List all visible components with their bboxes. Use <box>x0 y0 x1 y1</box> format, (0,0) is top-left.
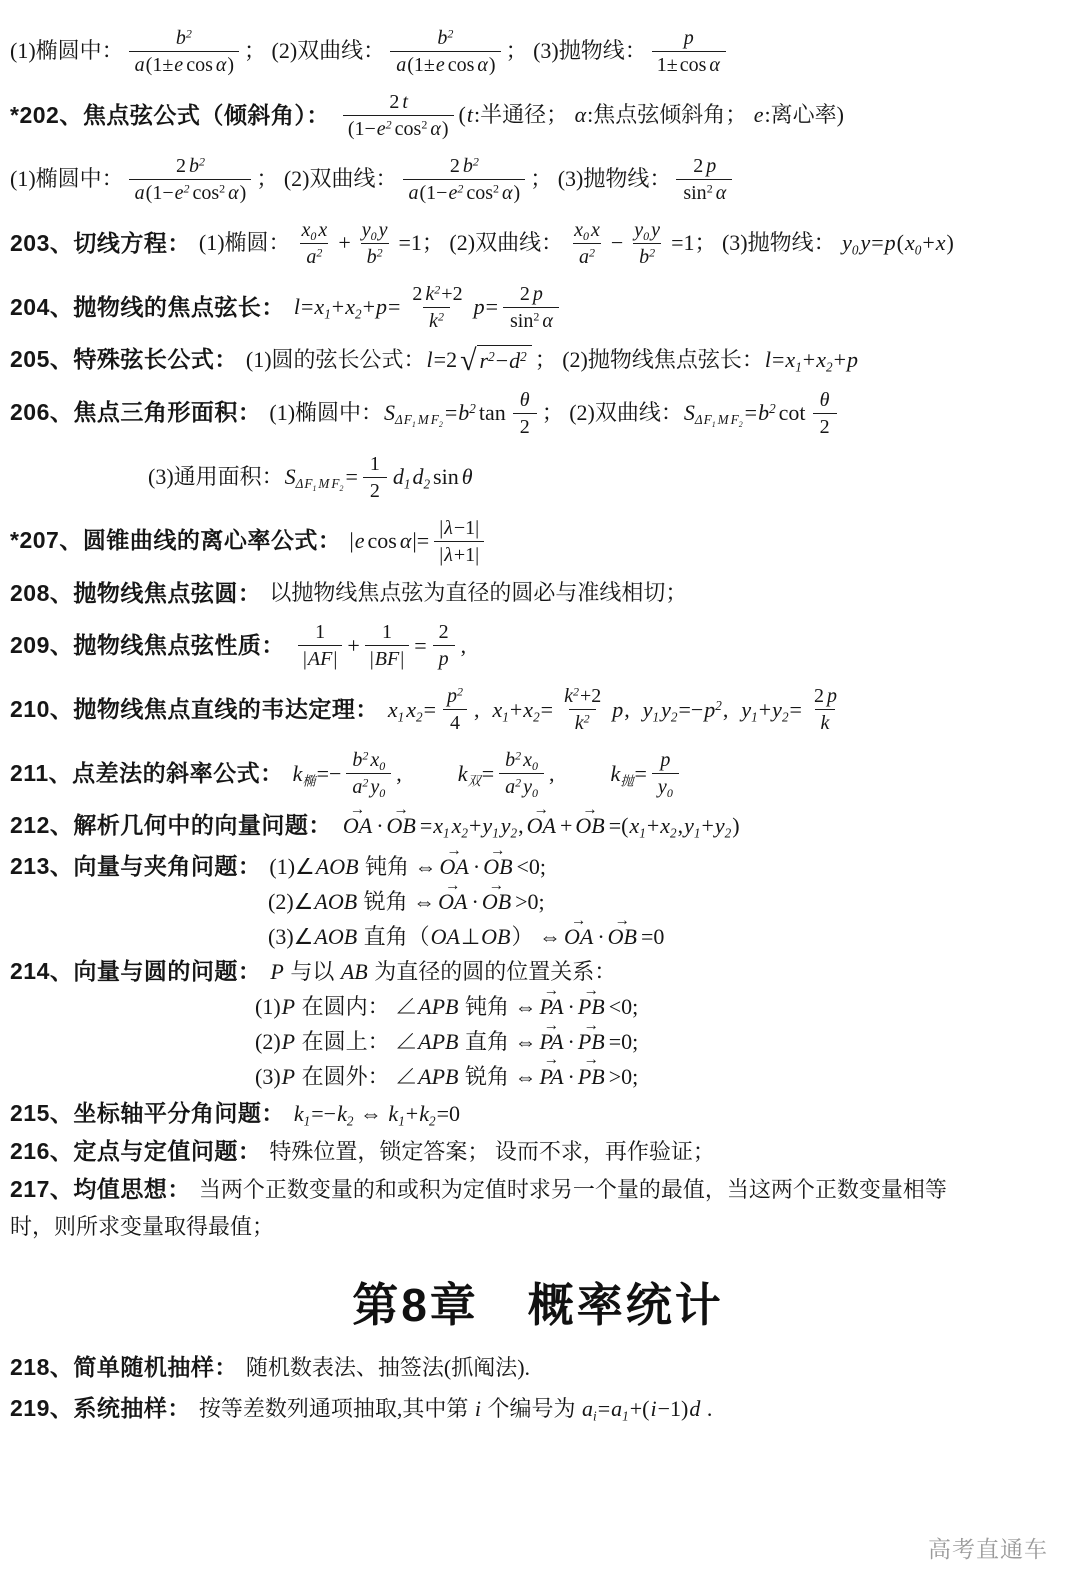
item-label: 208、抛物线焦点弦圆： <box>10 579 261 609</box>
math-operator: cos <box>186 53 213 77</box>
math-variable: b2 <box>639 245 655 269</box>
fraction-denominator: a(1−e2cos2α) <box>403 179 526 206</box>
text-run: +1| <box>454 543 479 567</box>
text-run: 锐角 ⇔ <box>358 888 435 917</box>
item-206-case-3: (3)通用面积：SΔF1MF2=12d1d2sinθ <box>10 451 1066 504</box>
item-label: 203、切线方程： <box>10 229 191 259</box>
text-run: 直角（ <box>358 923 430 952</box>
math-variable: r2 <box>480 347 495 376</box>
math-variable: λ <box>444 543 453 567</box>
text-run: + <box>510 696 522 725</box>
math-variable: y1 <box>684 812 700 841</box>
math-fraction: 2t(1−e2cos2α) <box>343 89 454 142</box>
text-run: Δ <box>695 412 703 427</box>
item-label: *202、焦点弦公式（倾斜角）： <box>10 101 330 131</box>
math-variable: x0 <box>523 748 538 772</box>
math-fraction: b2a(1±ecosα) <box>390 25 500 78</box>
math-variable: a <box>135 53 145 77</box>
math-variable: d <box>689 1395 700 1424</box>
superscript: 2 <box>573 685 579 699</box>
item-label: 212、解析几何中的向量问题： <box>10 811 332 841</box>
text-run: ⊥ <box>461 923 480 952</box>
text-run: :离心率) <box>765 101 844 130</box>
subscript: 双 <box>468 773 481 788</box>
math-variable: p2 <box>704 696 722 725</box>
fraction-numerator: 1 <box>375 619 399 645</box>
item-216: 216、定点与定值问题：特殊位置，锁定答案； 设而不求，再作验证； <box>10 1137 1066 1167</box>
math-variable: k2 <box>575 711 590 735</box>
math-variable: p2 <box>447 684 463 708</box>
math-variable: i <box>650 1395 656 1424</box>
text-run: 个编号为 <box>482 1395 581 1424</box>
superscript: 2 <box>457 685 463 699</box>
text-run: | <box>333 647 337 671</box>
math-operator: 2 <box>814 684 824 708</box>
math-variable: l <box>765 346 771 375</box>
vector-variable: OB <box>482 888 511 917</box>
text-run: · <box>471 888 478 917</box>
text-run: 锐角 ⇔ <box>459 1063 536 1092</box>
math-operator: tan <box>479 399 506 428</box>
text-run: −1| <box>454 516 479 540</box>
math-fraction: y0yb2 <box>356 217 394 270</box>
subscript: 1 <box>312 484 316 493</box>
text-run: (1± <box>146 53 174 77</box>
text-run: = <box>482 760 494 789</box>
vector-variable: OA <box>527 812 556 841</box>
subscript: 1 <box>639 826 646 841</box>
math-fraction: |λ−1||λ+1| <box>434 515 484 568</box>
math-variable: t <box>467 101 473 130</box>
math-operator: 2 <box>520 282 530 306</box>
fraction-numerator: 2p <box>807 683 843 709</box>
superscript: 2 <box>515 749 521 763</box>
text-run: 直角 ⇔ <box>459 1028 536 1057</box>
vector-variable: PA <box>539 1063 563 1092</box>
math-variable: p <box>684 26 694 50</box>
math-variable: b2 <box>758 399 776 428</box>
text-run: +2 <box>580 684 601 708</box>
math-fraction: 2pk <box>807 683 843 736</box>
subscript: 2 <box>347 1113 354 1128</box>
math-operator: sin2 <box>510 309 539 333</box>
text-run: | <box>349 527 353 556</box>
math-variable: y0 <box>634 218 649 242</box>
radicand: r2−d2 <box>477 345 532 376</box>
math-fraction: k2+2k2 <box>558 683 606 736</box>
math-variable: SΔF1MF2 <box>285 463 345 492</box>
superscript: 2 <box>421 117 427 131</box>
math-variable: y1 <box>482 812 498 841</box>
math-operator: 1 <box>382 620 392 644</box>
superscript: 2 <box>707 181 713 195</box>
watermark-text: 高考直通车 <box>928 1531 1048 1564</box>
math-variable: e2 <box>377 117 392 141</box>
math-variable: M <box>418 412 429 427</box>
math-variable: M <box>718 412 729 427</box>
item-213: 213、向量与夹角问题：(1)∠AOB 钝角 ⇔OA·OB<0; <box>10 852 1066 882</box>
superscript: 2 <box>434 282 440 296</box>
text-run: (1)椭圆中： <box>10 37 124 66</box>
math-variable: p <box>474 293 485 322</box>
text-run: (3)∠ <box>268 923 313 952</box>
math-variable: APB <box>418 1028 458 1057</box>
text-run: + <box>560 812 572 841</box>
math-variable: b2 <box>367 245 383 269</box>
math-variable: t <box>402 90 408 114</box>
text-run: (1± <box>407 53 435 77</box>
superscript: 2 <box>457 181 463 195</box>
superscript: 2 <box>715 697 722 712</box>
fraction-denominator: a2y0 <box>499 773 544 800</box>
item-202: *202、焦点弦公式（倾斜角）：2t(1−e2cos2α)(t:半通径； α:焦… <box>10 89 1066 142</box>
fraction-numerator: θ <box>514 387 536 413</box>
text-run: + <box>647 812 659 841</box>
superscript: 2 <box>386 117 392 131</box>
math-fraction: 2p <box>432 619 456 672</box>
fraction-numerator: b2 <box>431 25 459 51</box>
subscript: 0 <box>583 229 589 243</box>
math-variable: α <box>542 309 553 333</box>
text-run: ) <box>489 53 496 77</box>
text-run: (1) <box>255 993 281 1022</box>
text-run: ； (2)双曲线： <box>256 165 397 194</box>
math-operator: 2 <box>176 154 186 178</box>
math-variable: a2 <box>306 245 322 269</box>
math-variable: BF <box>375 647 399 671</box>
subscript: 1 <box>398 1113 405 1128</box>
math-operator: 2 <box>520 415 530 439</box>
text-run: − <box>611 229 623 258</box>
item-205: 205、特殊弦长公式：(1)圆的弦长公式：l=2√r2−d2； (2)抛物线焦点… <box>10 345 1066 376</box>
math-variable: y <box>651 218 660 242</box>
math-variable: OB <box>481 923 510 952</box>
item-219: 219、系统抽样：按等差数列通项抽取,其中第 i 个编号为 ai=a1+(i−1… <box>10 1394 1066 1424</box>
fraction-denominator: k2 <box>569 709 596 736</box>
vector-variable: OA <box>564 923 593 952</box>
fraction-numerator: 2p <box>686 153 722 179</box>
math-operator: sin <box>433 463 459 492</box>
subscript: 1 <box>502 709 509 724</box>
math-variable: y2 <box>772 696 788 725</box>
fraction-denominator: 2 <box>513 413 537 440</box>
text-run: = <box>420 812 432 841</box>
item-217: 217、均值思想：当两个正数变量的和或积为定值时求另一个量的最值，当这两个正数变… <box>10 1175 1066 1205</box>
subscript: 0 <box>667 787 673 801</box>
math-variable: y1 <box>643 696 659 725</box>
math-variable: x1 <box>433 812 449 841</box>
math-variable: APB <box>418 993 458 1022</box>
math-variable: d1 <box>393 463 411 492</box>
math-variable: e <box>174 53 183 77</box>
math-operator: cos2 <box>395 117 428 141</box>
math-variable: y <box>860 229 870 258</box>
text-run: = <box>486 293 498 322</box>
math-fraction: x0xa2 <box>296 217 334 270</box>
text-run: =2 <box>434 346 457 375</box>
math-variable: y2 <box>501 812 517 841</box>
math-fraction: p1±cosα <box>652 25 726 78</box>
fraction-denominator: (1−e2cos2α) <box>343 115 454 142</box>
text-run: (1)∠ <box>269 853 314 882</box>
fraction-denominator: k2 <box>423 307 450 334</box>
item-206: 206、焦点三角形面积：(1)椭圆中：SΔF1MF2=b2tanθ2； (2)双… <box>10 387 1066 440</box>
vector-variable: OA <box>343 812 372 841</box>
math-variable: d2 <box>412 463 430 492</box>
item-214-case-3: (3)P 在圆外： ∠APB 锐角 ⇔PA·PB>0; <box>10 1063 1066 1092</box>
math-operator: cos <box>680 53 707 77</box>
subscript: 椭 <box>302 773 315 788</box>
text-run: · <box>568 1028 575 1057</box>
text-run: |= <box>412 527 429 556</box>
text-run: (1)椭圆中： <box>10 165 124 194</box>
math-variable: x0 <box>905 229 921 258</box>
text-run: ( <box>897 229 904 258</box>
math-variable: k1 <box>388 1100 404 1129</box>
math-variable: x1 <box>388 696 404 725</box>
math-operator: cos2 <box>193 181 226 205</box>
text-run: = <box>598 1395 610 1424</box>
text-run: ( <box>459 101 466 130</box>
text-run: (1)圆的弦长公式： <box>246 346 426 375</box>
fraction-numerator: 2k2+2 <box>405 281 467 307</box>
math-variable: x1 <box>785 346 801 375</box>
math-variable: AF <box>308 647 332 671</box>
math-variable: b2 <box>176 26 192 50</box>
text-run: >0; <box>515 888 545 917</box>
text-run: (3) <box>255 1063 281 1092</box>
math-variable: x0 <box>574 218 589 242</box>
text-run: = <box>635 760 647 789</box>
fraction-denominator: sin2α <box>503 307 559 334</box>
math-variable: k <box>821 711 830 735</box>
superscript: 2 <box>515 776 521 790</box>
math-variable: p <box>706 154 716 178</box>
vector-variable: OB <box>575 812 604 841</box>
text-run: + <box>701 812 713 841</box>
fraction-numerator: x0x <box>296 217 334 243</box>
math-variable: d2 <box>509 347 527 376</box>
math-variable: α <box>228 181 239 205</box>
text-run: + <box>406 1100 418 1129</box>
subscript: 2 <box>670 826 677 841</box>
math-variable: x <box>591 218 600 242</box>
math-fraction: 2psin2α <box>503 281 559 334</box>
text-run: = <box>445 399 457 428</box>
math-variable: F1 <box>404 412 416 427</box>
item-203: 203、切线方程：(1)椭圆：x0xa2+y0yb2=1； (2)双曲线：x0x… <box>10 217 1066 270</box>
fraction-denominator: a2y0 <box>346 773 391 800</box>
chapter-heading: 第8章 概率统计 <box>10 1269 1066 1335</box>
subscript: 2 <box>439 420 443 429</box>
text-run: (1)椭圆： <box>199 229 291 258</box>
math-variable: SΔF1MF2 <box>384 399 444 428</box>
math-variable: k双 <box>458 760 481 789</box>
subscript: 0 <box>852 243 859 258</box>
text-run: 与以 <box>285 958 340 987</box>
text-run: :半通径； <box>474 101 574 130</box>
text-run: − <box>496 347 508 376</box>
fraction-numerator: p <box>654 747 676 773</box>
math-variable: b2 <box>505 748 521 772</box>
math-fraction: 2k2+2k2 <box>405 281 467 334</box>
math-variable: F2 <box>331 476 343 491</box>
item-217-cont: 时，则所求变量取得最值； <box>10 1213 1066 1242</box>
math-variable: e <box>436 53 445 77</box>
math-variable: p <box>660 748 670 772</box>
item-209: 209、抛物线焦点弦性质：1|AF|+1|BF|=2p, <box>10 619 1066 672</box>
fraction-denominator: 4 <box>443 709 467 736</box>
text-run: + <box>347 632 359 661</box>
text-run: =0 <box>437 1100 460 1129</box>
text-run: · <box>473 853 480 882</box>
math-variable: θ <box>520 388 530 412</box>
math-variable: x <box>318 218 327 242</box>
item-label: 209、抛物线焦点弦性质： <box>10 631 285 661</box>
fraction-denominator: 2 <box>363 477 387 504</box>
text-run: (2)∠ <box>268 888 313 917</box>
math-variable: p <box>827 684 837 708</box>
math-variable: y0 <box>362 218 377 242</box>
math-operator: 2 <box>412 282 422 306</box>
math-variable: b2 <box>352 748 368 772</box>
math-variable: x <box>936 229 946 258</box>
text-run: = <box>345 463 357 492</box>
math-variable: x2 <box>345 293 361 322</box>
superscript: 2 <box>649 245 655 259</box>
text-run: 随机数表法、抽签法(抓阄法). <box>246 1354 530 1383</box>
text-run: + <box>922 229 934 258</box>
subscript: ΔF1MF2 <box>695 412 744 427</box>
item-213-case-2: (2)∠AOB 锐角 ⇔OA·OB>0; <box>10 888 1066 917</box>
text-run: ) <box>514 181 521 205</box>
math-variable: l <box>427 346 433 375</box>
text-run: =( <box>609 812 629 841</box>
text-run: + <box>803 346 815 375</box>
math-variable: a <box>409 181 419 205</box>
math-fraction: 2psin2α <box>676 153 732 206</box>
math-variable: k椭 <box>293 760 316 789</box>
math-fraction: x0xa2 <box>568 217 606 270</box>
text-run: = <box>414 632 426 661</box>
spacer <box>402 773 457 774</box>
math-variable: y0 <box>842 229 858 258</box>
fraction-numerator: |λ−1| <box>434 515 484 541</box>
fraction-denominator: a2 <box>573 243 601 270</box>
math-variable: p <box>885 229 896 258</box>
text-run: =0 <box>641 923 664 952</box>
math-operator: 1 <box>370 452 380 476</box>
math-variable: P <box>282 993 295 1022</box>
item-label: 205、特殊弦长公式： <box>10 345 238 375</box>
math-variable: x0 <box>370 748 385 772</box>
subscript: 1 <box>412 420 416 429</box>
superscript: 2 <box>584 712 590 726</box>
item-label: 210、抛物线焦点直线的韦达定理： <box>10 695 379 725</box>
text-run: 在圆外： ∠ <box>296 1063 417 1092</box>
subscript: 2 <box>416 709 423 724</box>
math-variable: e <box>754 101 764 130</box>
math-variable: x1 <box>314 293 330 322</box>
math-variable: P <box>270 958 283 987</box>
math-variable: AB <box>341 958 368 987</box>
item-208: 208、抛物线焦点弦圆：以抛物线焦点弦为直径的圆必与准线相切； <box>10 579 1066 609</box>
fraction-numerator: k2+2 <box>558 683 606 709</box>
math-variable: k2 <box>419 1100 435 1129</box>
fraction-numerator: 1 <box>308 619 332 645</box>
math-variable: F1 <box>704 412 716 427</box>
math-variable: p <box>439 647 449 671</box>
math-operator: 4 <box>450 711 460 735</box>
math-variable: y1 <box>741 696 757 725</box>
superscript: 2 <box>362 749 368 763</box>
math-fraction: p24 <box>441 683 469 736</box>
math-fraction: py0 <box>652 747 679 800</box>
subscript: ΔF1MF2 <box>296 476 345 491</box>
math-variable: y <box>379 218 388 242</box>
math-variable: θ <box>820 388 830 412</box>
math-fraction: θ2 <box>513 387 537 440</box>
math-operator: 2 <box>450 154 460 178</box>
vector-variable: OB <box>608 923 637 952</box>
subscript: 0 <box>371 229 377 243</box>
math-variable: α <box>575 101 587 130</box>
text-run: −1) <box>658 1395 689 1424</box>
subscript: 1 <box>712 420 716 429</box>
vector-variable: OA <box>438 888 467 917</box>
subscript: 1 <box>404 476 411 491</box>
math-variable: OA <box>431 923 460 952</box>
math-variable: k2 <box>429 309 444 333</box>
fraction-numerator: x0x <box>568 217 606 243</box>
math-variable: SΔF1MF2 <box>684 399 744 428</box>
item-label: 215、坐标轴平分角问题： <box>10 1099 285 1129</box>
superscript: 2 <box>316 245 322 259</box>
math-variable: ai <box>582 1395 597 1424</box>
math-variable: λ <box>444 516 453 540</box>
subscript: 0 <box>532 760 538 774</box>
fraction-denominator: a2 <box>300 243 328 270</box>
math-variable: k2 <box>564 684 579 708</box>
math-operator: 1 <box>315 620 325 644</box>
math-variable: α <box>430 117 441 141</box>
math-variable: a1 <box>611 1395 629 1424</box>
text-run: · <box>568 1063 575 1092</box>
item-label: 217、均值思想： <box>10 1175 191 1205</box>
math-variable: x2 <box>406 696 422 725</box>
superscript: 2 <box>184 181 190 195</box>
math-variable: F1 <box>304 476 316 491</box>
subscript: 0 <box>379 760 385 774</box>
text-run: ) <box>442 117 449 141</box>
fraction-numerator: 2b2 <box>169 153 211 179</box>
fraction-numerator: θ <box>814 387 836 413</box>
fraction-denominator: b2 <box>361 243 389 270</box>
text-run: (1− <box>348 117 376 141</box>
subscript: 2 <box>725 826 732 841</box>
text-run: <0; <box>517 853 547 882</box>
text-run: ) <box>947 229 954 258</box>
vector-variable: OB <box>387 812 416 841</box>
text-run: 钝角 ⇔ <box>459 993 536 1022</box>
subscript: 1 <box>751 709 758 724</box>
math-variable: k2 <box>337 1100 353 1129</box>
math-variable: P <box>282 1028 295 1057</box>
fraction-denominator: |AF| <box>298 645 342 672</box>
math-variable: F2 <box>731 412 743 427</box>
subscript: 0 <box>915 243 922 258</box>
superscript: 2 <box>473 154 479 168</box>
